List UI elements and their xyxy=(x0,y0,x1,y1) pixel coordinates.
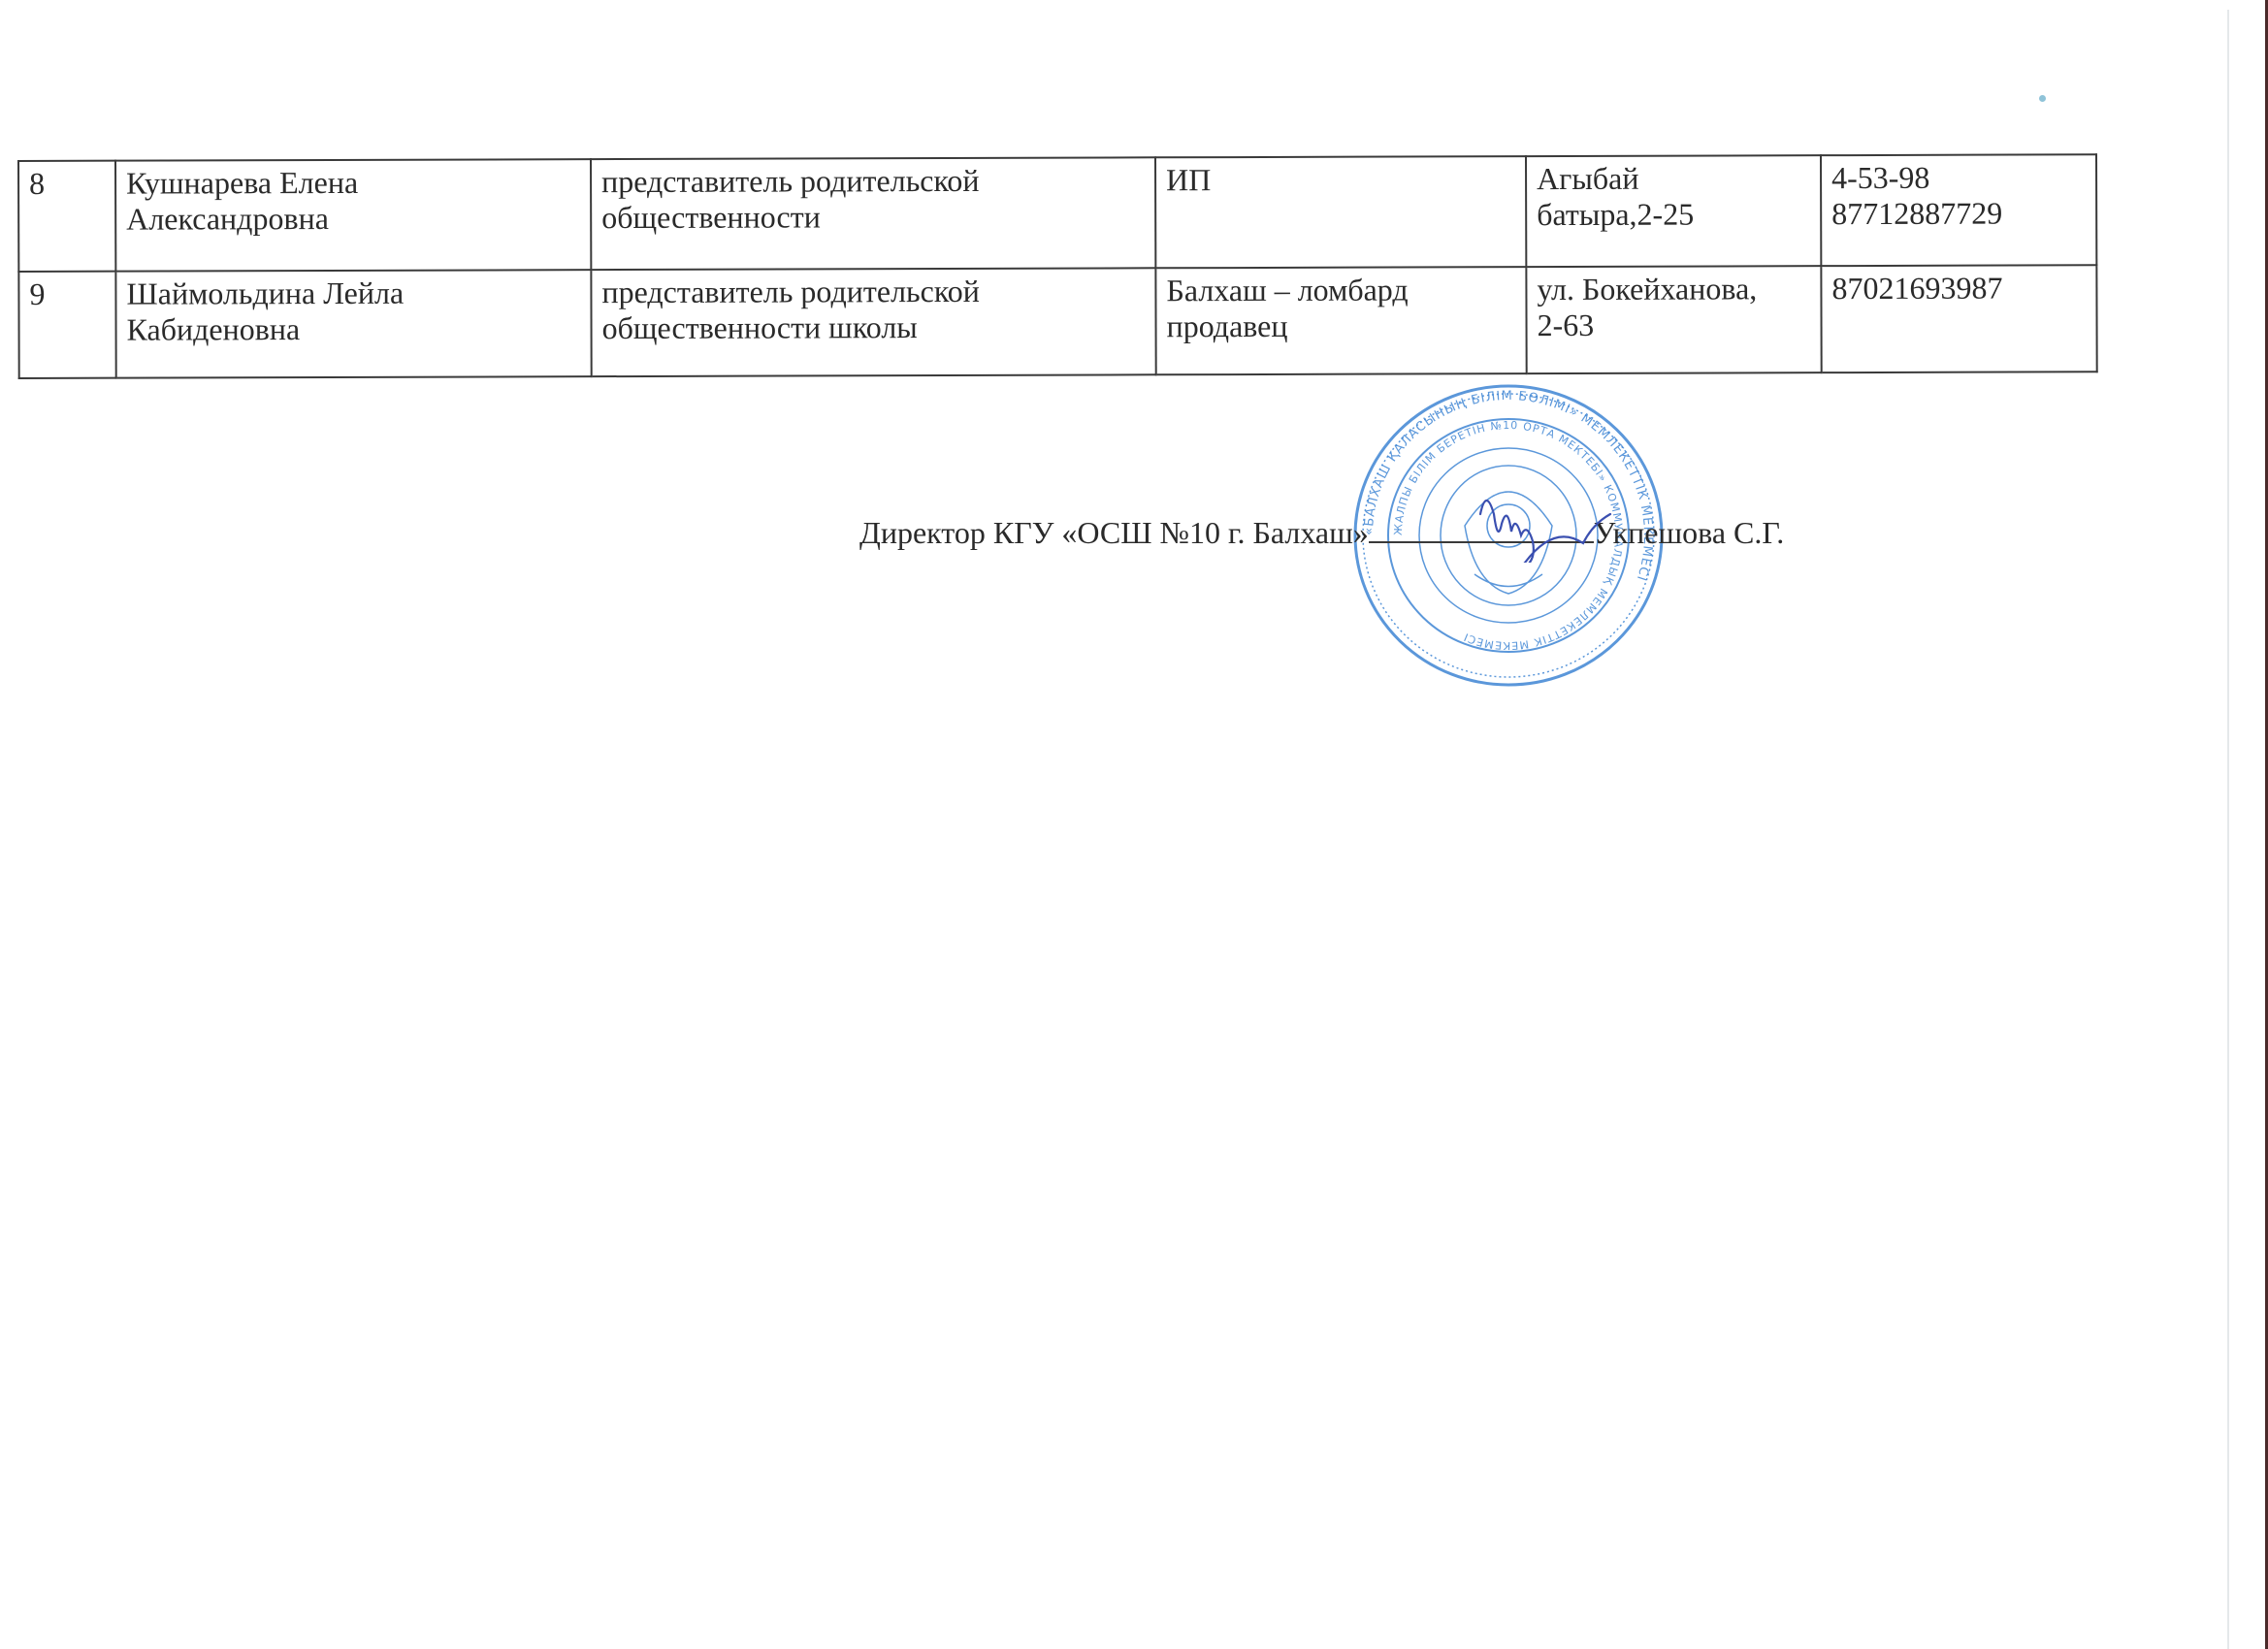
address-line: батыра,2-25 xyxy=(1537,196,1814,233)
cell-role: представитель родительской общественност… xyxy=(591,157,1155,270)
address-line: Агыбай xyxy=(1537,160,1814,197)
cell-work: ИП xyxy=(1155,156,1526,268)
table-row: 8 Кушнарева Елена Александровна представ… xyxy=(18,154,2096,272)
cell-name: Шаймольдина Лейла Кабиденовна xyxy=(115,270,591,378)
scan-edge-line xyxy=(2227,10,2229,1649)
name-line: Кабиденовна xyxy=(126,310,584,347)
name-line: Кушнарева Елена xyxy=(126,164,584,201)
name-line: Александровна xyxy=(126,200,584,237)
cell-name: Кушнарева Елена Александровна xyxy=(115,159,591,272)
phone-line: 87021693987 xyxy=(1831,270,2090,307)
work-line: продавец xyxy=(1166,307,1519,344)
cell-number: 9 xyxy=(18,272,115,378)
role-line: представитель родительской xyxy=(601,273,1149,310)
cell-phone: 87021693987 xyxy=(1821,265,2096,372)
work-line: Балхаш – ломбард xyxy=(1166,272,1519,308)
table-row: 9 Шаймольдина Лейла Кабиденовна представ… xyxy=(18,265,2096,378)
cell-work: Балхаш – ломбард продавец xyxy=(1155,267,1526,374)
cell-number: 8 xyxy=(18,161,115,272)
cell-address: Агыбай батыра,2-25 xyxy=(1526,155,1821,267)
role-line: представитель родительской xyxy=(601,162,1149,200)
name-line: Шаймольдина Лейла xyxy=(126,275,584,311)
work-line: ИП xyxy=(1166,161,1519,198)
phone-line: 87712887729 xyxy=(1831,195,2090,232)
handwritten-signature-icon xyxy=(1474,485,1669,563)
role-line: общественности школы xyxy=(601,308,1149,346)
cell-role: представитель родительской общественност… xyxy=(591,268,1155,376)
cell-phone: 4-53-98 87712887729 xyxy=(1821,154,2096,266)
phone-line: 4-53-98 xyxy=(1831,159,2090,196)
address-line: 2-63 xyxy=(1537,307,1814,343)
role-line: общественности xyxy=(601,198,1149,236)
cell-address: ул. Бокейханова, 2-63 xyxy=(1526,266,1821,373)
director-title: Директор КГУ «ОСШ №10 г. Балхаш» xyxy=(859,515,1369,550)
members-table: 8 Кушнарева Елена Александровна представ… xyxy=(17,153,2098,379)
scan-speck xyxy=(2039,95,2046,102)
address-line: ул. Бокейханова, xyxy=(1537,271,1814,307)
